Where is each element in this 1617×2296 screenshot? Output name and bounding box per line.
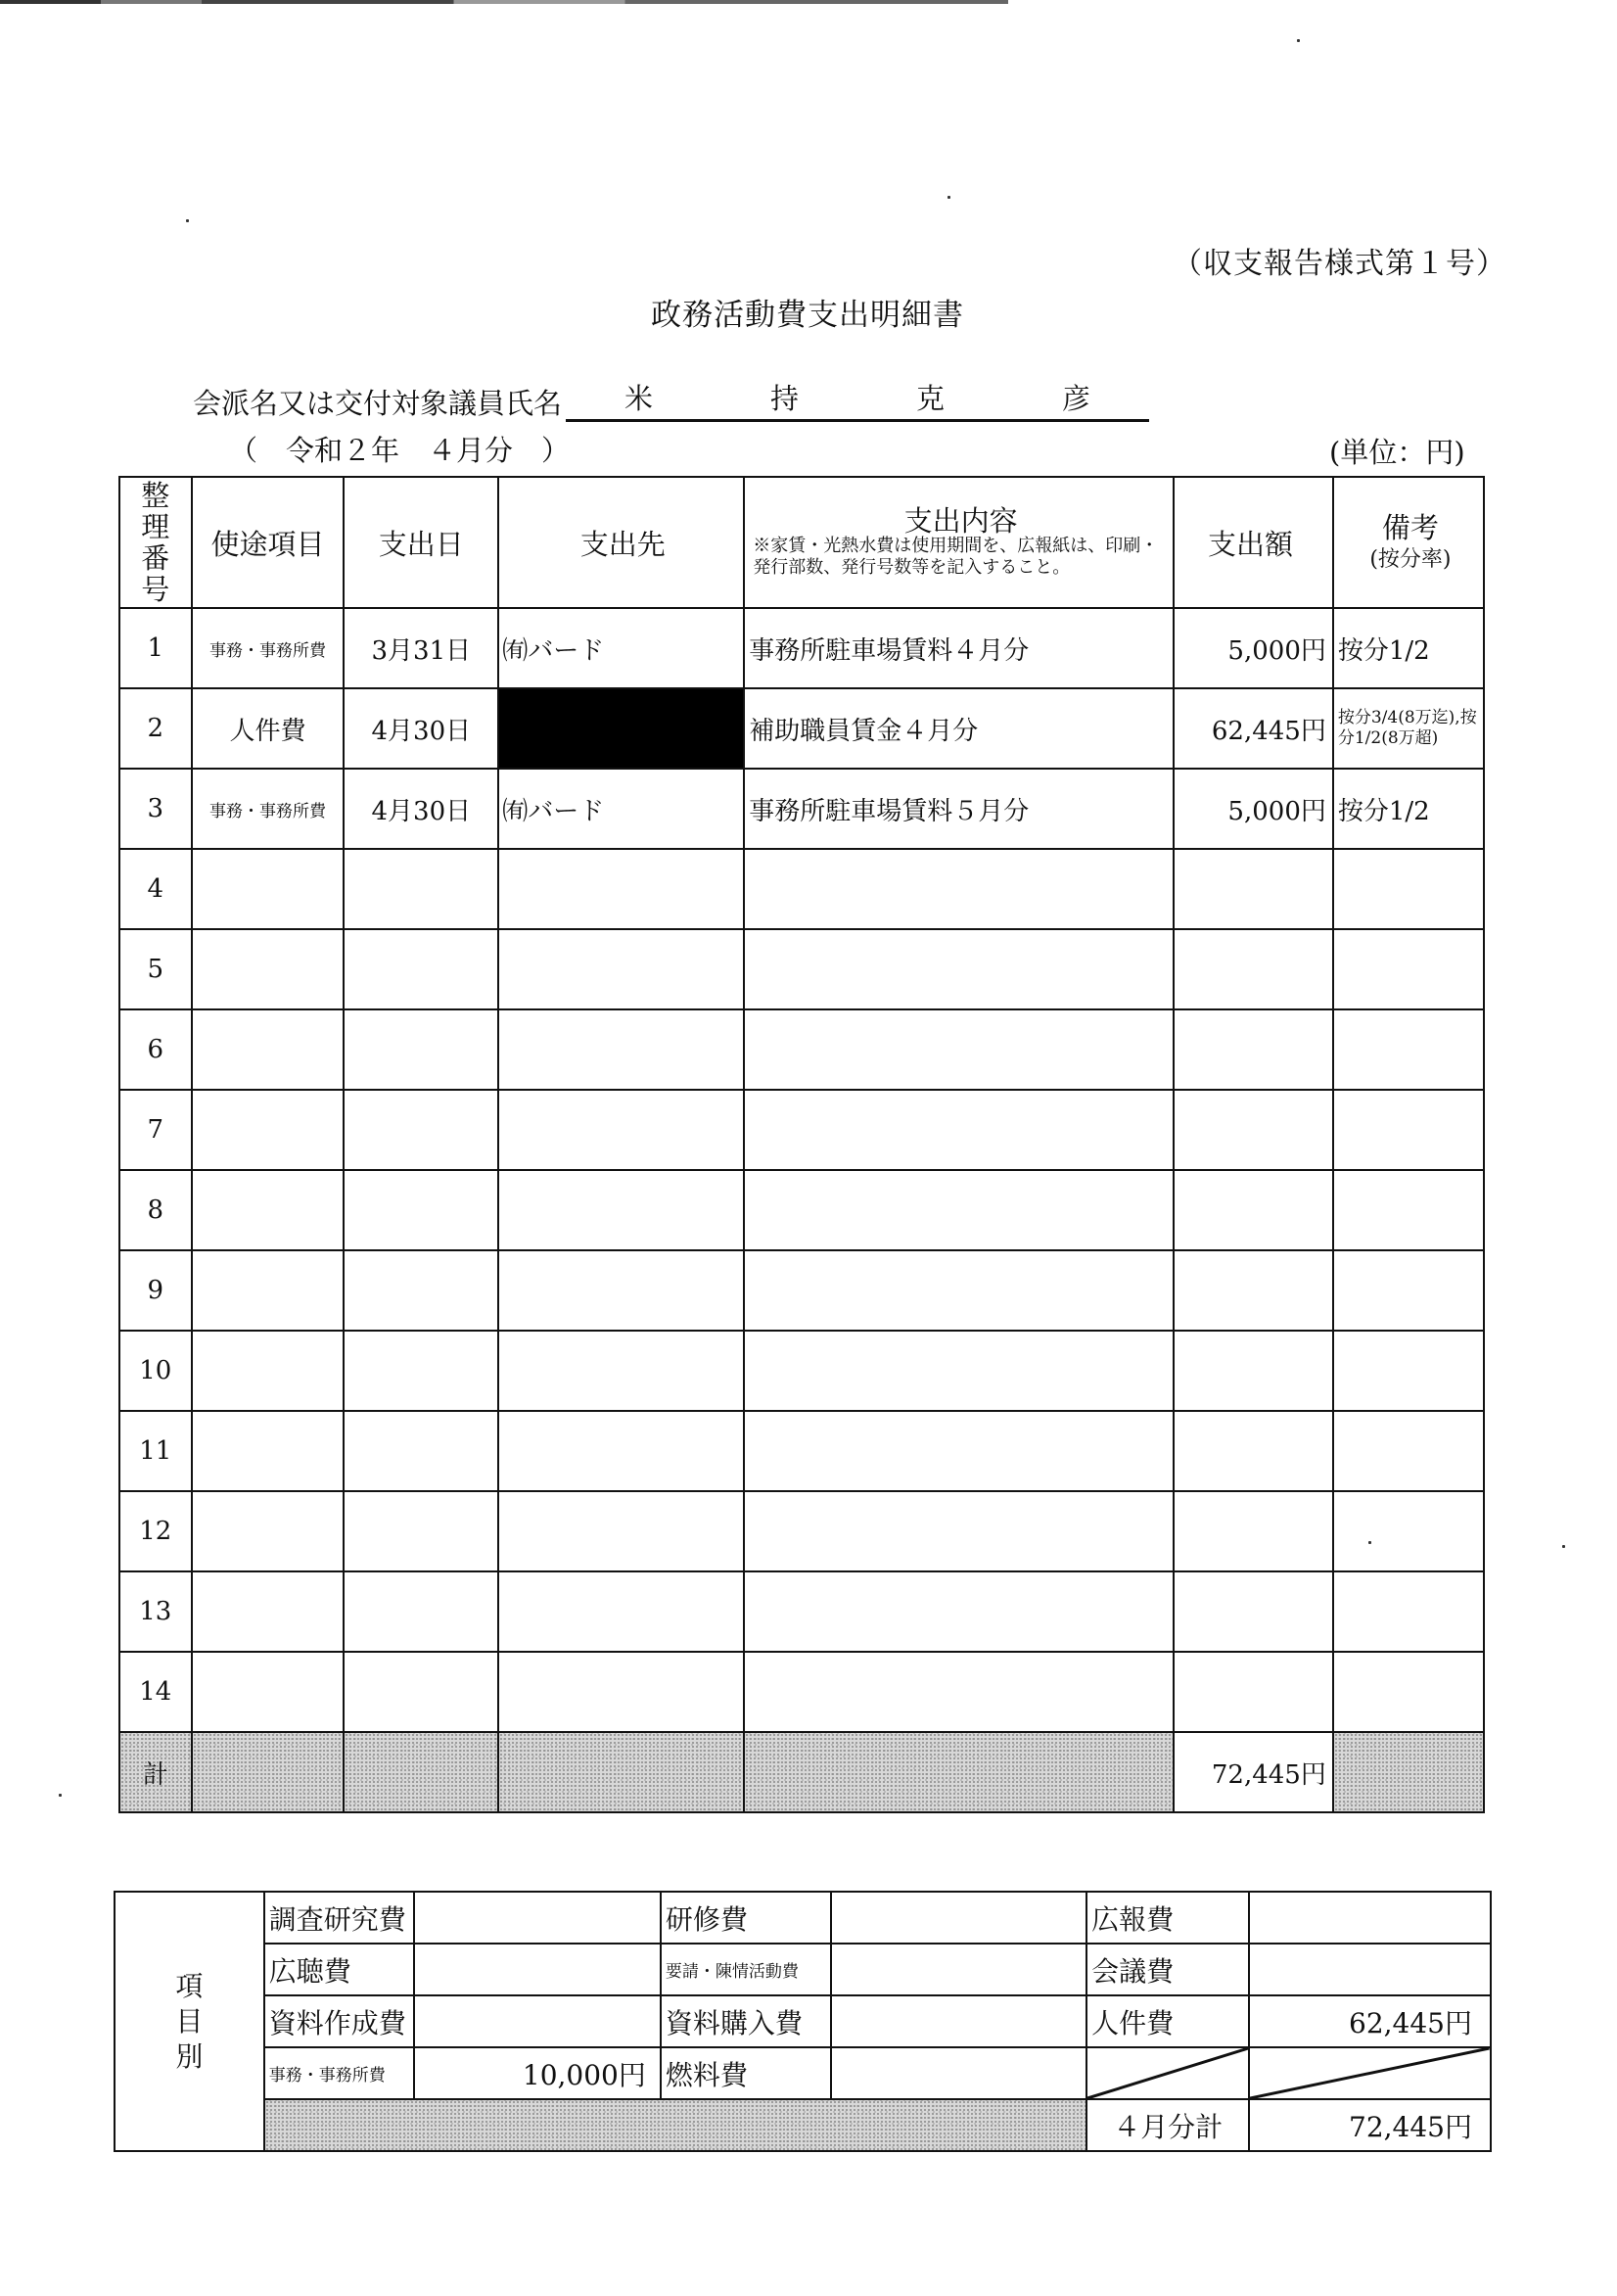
row-description bbox=[744, 1170, 1174, 1250]
row-use-category bbox=[192, 1009, 345, 1090]
row-payee bbox=[498, 1170, 744, 1250]
header-description: 支出内容 ※家賃・光熱水費は使用期間を、広報紙は、印刷・発行部数、発行号数等を記… bbox=[744, 477, 1174, 608]
row-number: 10 bbox=[119, 1331, 192, 1411]
table-row: 3事務・事務所費4月30日㈲バード事務所駐車場賃料５月分5,000円按分1/2 bbox=[119, 769, 1484, 849]
category-label: 人件費 bbox=[1086, 1995, 1249, 2047]
month-total-value: 72,445円 bbox=[1249, 2099, 1491, 2151]
category-label: 事務・事務所費 bbox=[264, 2047, 414, 2099]
table-header-row: 整理番号 使途項目 支出日 支出先 支出内容 ※家賃・光熱水費は使用期間を、広報… bbox=[119, 477, 1484, 608]
row-use-category bbox=[192, 1411, 345, 1491]
row-date bbox=[344, 1652, 498, 1732]
table-row: 7 bbox=[119, 1090, 1484, 1170]
row-number: 13 bbox=[119, 1571, 192, 1652]
row-note bbox=[1333, 849, 1484, 929]
row-payee bbox=[498, 1411, 744, 1491]
category-value: 62,445円 bbox=[1249, 1995, 1491, 2047]
row-number: 8 bbox=[119, 1170, 192, 1250]
month-total-label: ４月分計 bbox=[1086, 2099, 1249, 2151]
row-date bbox=[344, 1009, 498, 1090]
scan-speck bbox=[1368, 1541, 1371, 1544]
row-description bbox=[744, 849, 1174, 929]
member-name-char: 持 bbox=[712, 377, 857, 417]
row-use-category bbox=[192, 1652, 345, 1732]
header-note-title: 備考 bbox=[1338, 513, 1483, 542]
row-date bbox=[344, 1411, 498, 1491]
unit-label: (単位：円) bbox=[1329, 431, 1465, 471]
row-amount bbox=[1174, 1571, 1333, 1652]
category-value: 10,000円 bbox=[414, 2047, 661, 2099]
row-use-category bbox=[192, 1331, 345, 1411]
row-payee: ㈲バード bbox=[498, 608, 744, 688]
row-payee-redacted bbox=[498, 688, 744, 769]
row-use-category bbox=[192, 849, 345, 929]
row-use-category: 人件費 bbox=[192, 688, 345, 769]
row-payee bbox=[498, 1571, 744, 1652]
row-use-category: 事務・事務所費 bbox=[192, 769, 345, 849]
row-amount bbox=[1174, 1491, 1333, 1571]
row-use-category bbox=[192, 1571, 345, 1652]
table-row: 14 bbox=[119, 1652, 1484, 1732]
header-description-title: 支出内容 bbox=[749, 506, 1173, 536]
category-label: 調査研究費 bbox=[264, 1892, 414, 1944]
table-row: 9 bbox=[119, 1250, 1484, 1331]
category-label: 会議費 bbox=[1086, 1944, 1249, 1995]
row-number: 6 bbox=[119, 1009, 192, 1090]
member-name-char: 克 bbox=[857, 377, 1003, 417]
row-number: 3 bbox=[119, 769, 192, 849]
table-row: 4 bbox=[119, 849, 1484, 929]
row-description bbox=[744, 1491, 1174, 1571]
row-note bbox=[1333, 1331, 1484, 1411]
category-value bbox=[1249, 1892, 1491, 1944]
row-note: 按分1/2 bbox=[1333, 608, 1484, 688]
row-payee bbox=[498, 1009, 744, 1090]
row-note bbox=[1333, 1491, 1484, 1571]
row-amount bbox=[1174, 929, 1333, 1009]
row-note bbox=[1333, 1170, 1484, 1250]
member-row: 会派名又は交付対象議員氏名 米 持 克 彦 bbox=[193, 377, 1149, 422]
row-amount bbox=[1174, 1411, 1333, 1491]
member-name-char: 彦 bbox=[1003, 377, 1149, 417]
table-row: 13 bbox=[119, 1571, 1484, 1652]
row-note: 按分1/2 bbox=[1333, 769, 1484, 849]
row-description: 事務所駐車場賃料５月分 bbox=[744, 769, 1174, 849]
row-number: 5 bbox=[119, 929, 192, 1009]
row-description bbox=[744, 1090, 1174, 1170]
category-label: 資料購入費 bbox=[661, 1995, 831, 2047]
row-date bbox=[344, 1331, 498, 1411]
row-use-category bbox=[192, 929, 345, 1009]
total-shaded-cell bbox=[744, 1732, 1174, 1812]
row-date: 4月30日 bbox=[344, 769, 498, 849]
scan-speck bbox=[59, 1794, 62, 1797]
row-payee bbox=[498, 929, 744, 1009]
row-amount bbox=[1174, 1652, 1333, 1732]
row-number: 9 bbox=[119, 1250, 192, 1331]
scan-edge-mark bbox=[0, 0, 1008, 4]
category-label: 広聴費 bbox=[264, 1944, 414, 1995]
scan-speck bbox=[947, 196, 950, 199]
row-payee bbox=[498, 1090, 744, 1170]
row-use-category bbox=[192, 1090, 345, 1170]
crossed-out-cell bbox=[1086, 2047, 1249, 2099]
category-value bbox=[414, 1995, 661, 2047]
row-amount bbox=[1174, 1090, 1333, 1170]
row-date bbox=[344, 1250, 498, 1331]
header-amount: 支出額 bbox=[1174, 477, 1333, 608]
side-char: 目 bbox=[119, 2004, 259, 2039]
row-note: 按分3/4(8万迄),按分1/2(8万超) bbox=[1333, 688, 1484, 769]
row-amount bbox=[1174, 849, 1333, 929]
side-char: 項 bbox=[119, 1969, 259, 2004]
row-note bbox=[1333, 1571, 1484, 1652]
row-number: 14 bbox=[119, 1652, 192, 1732]
row-payee bbox=[498, 1250, 744, 1331]
table-row: 2人件費4月30日補助職員賃金４月分62,445円按分3/4(8万迄),按分1/… bbox=[119, 688, 1484, 769]
category-value bbox=[831, 1995, 1086, 2047]
total-shaded-cell bbox=[192, 1732, 345, 1812]
table-row: 6 bbox=[119, 1009, 1484, 1090]
header-note: 備考 (按分率) bbox=[1333, 477, 1484, 608]
table-row: 12 bbox=[119, 1491, 1484, 1571]
side-char: 別 bbox=[119, 2039, 259, 2075]
row-description bbox=[744, 1571, 1174, 1652]
total-row: 計 72,445円 bbox=[119, 1732, 1484, 1812]
category-label: 要請・陳情活動費 bbox=[661, 1944, 831, 1995]
scan-speck bbox=[186, 219, 189, 222]
row-use-category bbox=[192, 1170, 345, 1250]
document-title: 政務活動費支出明細書 bbox=[651, 290, 964, 334]
member-name-char: 米 bbox=[566, 377, 712, 417]
category-summary-table: 項 目 別 調査研究費 研修費 広報費 広聴費 要請・陳情活動費 会議費 資料作… bbox=[114, 1891, 1492, 2152]
category-value bbox=[831, 1892, 1086, 1944]
row-note bbox=[1333, 929, 1484, 1009]
row-payee bbox=[498, 1652, 744, 1732]
total-shaded-cell bbox=[344, 1732, 498, 1812]
row-number: 4 bbox=[119, 849, 192, 929]
row-number: 11 bbox=[119, 1411, 192, 1491]
total-shaded-cell bbox=[1333, 1732, 1484, 1812]
header-note-subtitle: (按分率) bbox=[1338, 542, 1483, 573]
row-payee bbox=[498, 1331, 744, 1411]
table-row: 11 bbox=[119, 1411, 1484, 1491]
expense-detail-table: 整理番号 使途項目 支出日 支出先 支出内容 ※家賃・光熱水費は使用期間を、広報… bbox=[118, 476, 1485, 1813]
row-date bbox=[344, 1571, 498, 1652]
row-description bbox=[744, 1250, 1174, 1331]
row-amount bbox=[1174, 1009, 1333, 1090]
row-amount bbox=[1174, 1250, 1333, 1331]
diagonal-strike-icon bbox=[1087, 2048, 1248, 2098]
form-number: （収支報告様式第１号） bbox=[1173, 239, 1506, 282]
row-date bbox=[344, 929, 498, 1009]
row-description: 事務所駐車場賃料４月分 bbox=[744, 608, 1174, 688]
category-label: 燃料費 bbox=[661, 2047, 831, 2099]
total-amount: 72,445円 bbox=[1174, 1732, 1333, 1812]
row-date: 3月31日 bbox=[344, 608, 498, 688]
table-row: 10 bbox=[119, 1331, 1484, 1411]
row-description bbox=[744, 1331, 1174, 1411]
row-description bbox=[744, 1411, 1174, 1491]
row-amount: 62,445円 bbox=[1174, 688, 1333, 769]
row-amount: 5,000円 bbox=[1174, 608, 1333, 688]
category-value bbox=[414, 1944, 661, 1995]
category-label: 資料作成費 bbox=[264, 1995, 414, 2047]
header-no: 整理番号 bbox=[119, 477, 192, 608]
category-value bbox=[414, 1892, 661, 1944]
row-date bbox=[344, 849, 498, 929]
row-date bbox=[344, 1090, 498, 1170]
row-number: 7 bbox=[119, 1090, 192, 1170]
row-note bbox=[1333, 1250, 1484, 1331]
row-note bbox=[1333, 1009, 1484, 1090]
row-payee bbox=[498, 849, 744, 929]
row-use-category bbox=[192, 1491, 345, 1571]
row-note bbox=[1333, 1090, 1484, 1170]
diagonal-strike-icon bbox=[1250, 2048, 1490, 2098]
scan-speck bbox=[1297, 39, 1300, 42]
total-shaded-cell bbox=[498, 1732, 744, 1812]
row-use-category: 事務・事務所費 bbox=[192, 608, 345, 688]
member-label: 会派名又は交付対象議員氏名 bbox=[193, 382, 562, 422]
row-use-category bbox=[192, 1250, 345, 1331]
summary-side-label: 項 目 別 bbox=[115, 1892, 264, 2151]
row-amount: 5,000円 bbox=[1174, 769, 1333, 849]
row-date: 4月30日 bbox=[344, 688, 498, 769]
report-period: （ 令和２年 ４月分 ） bbox=[229, 429, 570, 469]
header-description-note: ※家賃・光熱水費は使用期間を、広報紙は、印刷・発行部数、発行号数等を記入すること… bbox=[749, 536, 1173, 579]
row-description bbox=[744, 1009, 1174, 1090]
row-description bbox=[744, 929, 1174, 1009]
table-row: 5 bbox=[119, 929, 1484, 1009]
total-label: 計 bbox=[119, 1732, 192, 1812]
category-value bbox=[831, 1944, 1086, 1995]
row-number: 2 bbox=[119, 688, 192, 769]
scan-speck bbox=[1562, 1545, 1565, 1548]
category-value bbox=[831, 2047, 1086, 2099]
row-description: 補助職員賃金４月分 bbox=[744, 688, 1174, 769]
category-label: 広報費 bbox=[1086, 1892, 1249, 1944]
row-number: 1 bbox=[119, 608, 192, 688]
row-date bbox=[344, 1491, 498, 1571]
row-payee: ㈲バード bbox=[498, 769, 744, 849]
row-date bbox=[344, 1170, 498, 1250]
table-row: 1事務・事務所費3月31日㈲バード事務所駐車場賃料４月分5,000円按分1/2 bbox=[119, 608, 1484, 688]
table-row: 8 bbox=[119, 1170, 1484, 1250]
summary-shaded-cell bbox=[264, 2099, 1086, 2151]
member-name: 米 持 克 彦 bbox=[566, 377, 1149, 422]
row-description bbox=[744, 1652, 1174, 1732]
row-number: 12 bbox=[119, 1491, 192, 1571]
crossed-out-cell bbox=[1249, 2047, 1491, 2099]
row-note bbox=[1333, 1411, 1484, 1491]
header-use: 使途項目 bbox=[192, 477, 345, 608]
row-note bbox=[1333, 1652, 1484, 1732]
row-amount bbox=[1174, 1331, 1333, 1411]
header-payee: 支出先 bbox=[498, 477, 744, 608]
category-value bbox=[1249, 1944, 1491, 1995]
row-payee bbox=[498, 1491, 744, 1571]
row-amount bbox=[1174, 1170, 1333, 1250]
header-date: 支出日 bbox=[344, 477, 498, 608]
category-label: 研修費 bbox=[661, 1892, 831, 1944]
